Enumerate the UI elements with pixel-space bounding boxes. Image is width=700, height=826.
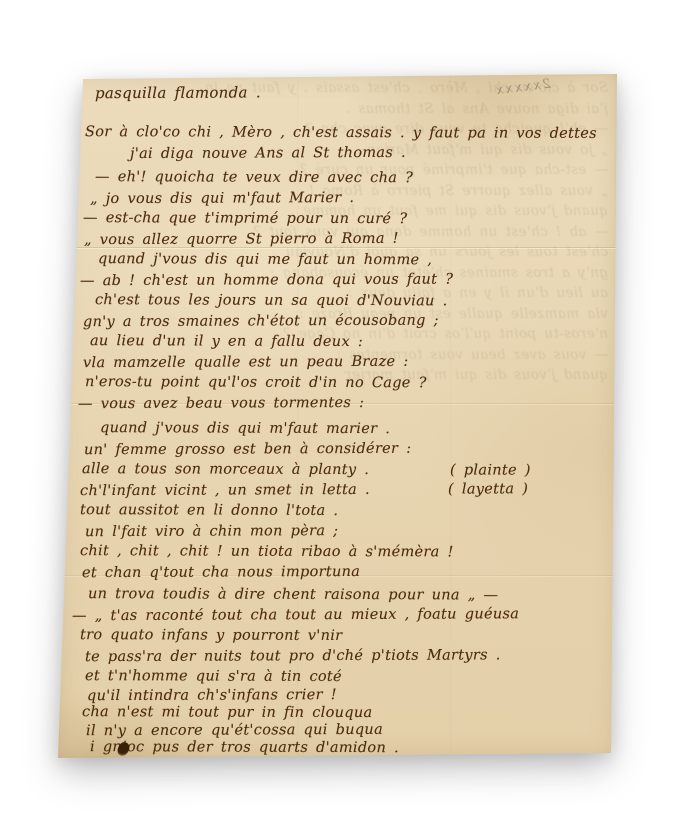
manuscript-line: — „ t'as raconté tout cha tout au mieux … [72, 604, 614, 627]
margin-note: ( plainte ) [450, 460, 531, 481]
margin-note: ( layetta ) [448, 479, 528, 500]
manuscript-line: qu'il intindra ch's'infans crier ! [87, 686, 614, 706]
manuscript-line: ch'est tous les jours un sa quoi d'Nouvi… [95, 290, 614, 312]
manuscript-line: un trova toudis à dire chent raisona pou… [88, 584, 614, 606]
paper-shadow-wrapper: Sor à clo'co chi , Mèro , ch'est assais … [0, 0, 700, 826]
manuscript-line: gn'y a tros smaines ch'étot un écousoban… [83, 310, 614, 333]
manuscript-line: un l'fait viro à chin mon pèra ; [85, 520, 614, 543]
manuscript-line: — eh'! quoicha te veux dire avec cha ? [95, 167, 614, 189]
manuscript-line: n'eros-tu point qu'l'os croit d'in no Ca… [85, 372, 614, 394]
manuscript-line: et t'n'homme qui s'ra à tin coté [85, 666, 614, 688]
manuscript-line: tout aussitot en li donno l'tota . [80, 500, 614, 522]
photo-of-manuscript: Sor à clo'co chi , Mèro , ch'est assais … [0, 0, 700, 826]
manuscript-line: te pass'ra der nuits tout pro d'ché p'ti… [85, 645, 614, 668]
manuscript-line: „ vous allez quorre St pierro à Roma ! [84, 228, 614, 251]
manuscript-line: quand j'vous dis qui m'faut marier . [100, 418, 614, 440]
manuscript-line: — est-cha que t'imprimé pour un curé ? [83, 208, 614, 230]
manuscript-line: i gnioc pus der tros quarts d'amidon . [90, 739, 614, 758]
manuscript-line: un' femme grosso est ben à considérer : [84, 438, 614, 461]
manuscript-line: „ jo vous dis qui m'faut Marier . [90, 187, 614, 210]
manuscript-line: chit , chit , chit ! un tiota ribao à s'… [80, 541, 614, 563]
manuscript-line: alle a tous son morceaux à planty .( pla… [82, 459, 614, 481]
manuscript-line: — ab ! ch'est un homme dona qui vous fau… [80, 269, 614, 292]
manuscript-line: j'ai diga nouve Ans al St thomas . [130, 142, 614, 165]
manuscript-line: ch'l'infant vicint , un smet in letta .(… [80, 479, 614, 502]
manuscript-line: au lieu d'un il y en a fallu deux : [90, 331, 614, 353]
manuscript-line: pasquilla flamonda . [95, 81, 614, 104]
manuscript-line: — vous avez beau vous tormentes : [78, 392, 614, 415]
manuscript-line: Sor à clo'co chi , Mèro , ch'est assais … [85, 122, 614, 144]
manuscript-line: il n'y a encore qu'ét'cossa qui buqua [86, 721, 614, 741]
manuscript-line: et chan q'tout cha nous importuna [82, 561, 614, 584]
manuscript-line: tro quato infans y pourront v'nir [80, 625, 614, 647]
text-layer: pasquilla flamonda .Sor à clo'co chi , M… [70, 82, 614, 757]
manuscript-line: vla mamzelle qualle est un peau Braze : [83, 351, 614, 374]
manuscript-paper: Sor à clo'co chi , Mèro , ch'est assais … [56, 72, 618, 760]
manuscript-line: quand j'vous dis qui me faut un homme , [98, 249, 614, 271]
manuscript-line: cha n'est mi tout pur in fin clouqua [82, 704, 614, 723]
